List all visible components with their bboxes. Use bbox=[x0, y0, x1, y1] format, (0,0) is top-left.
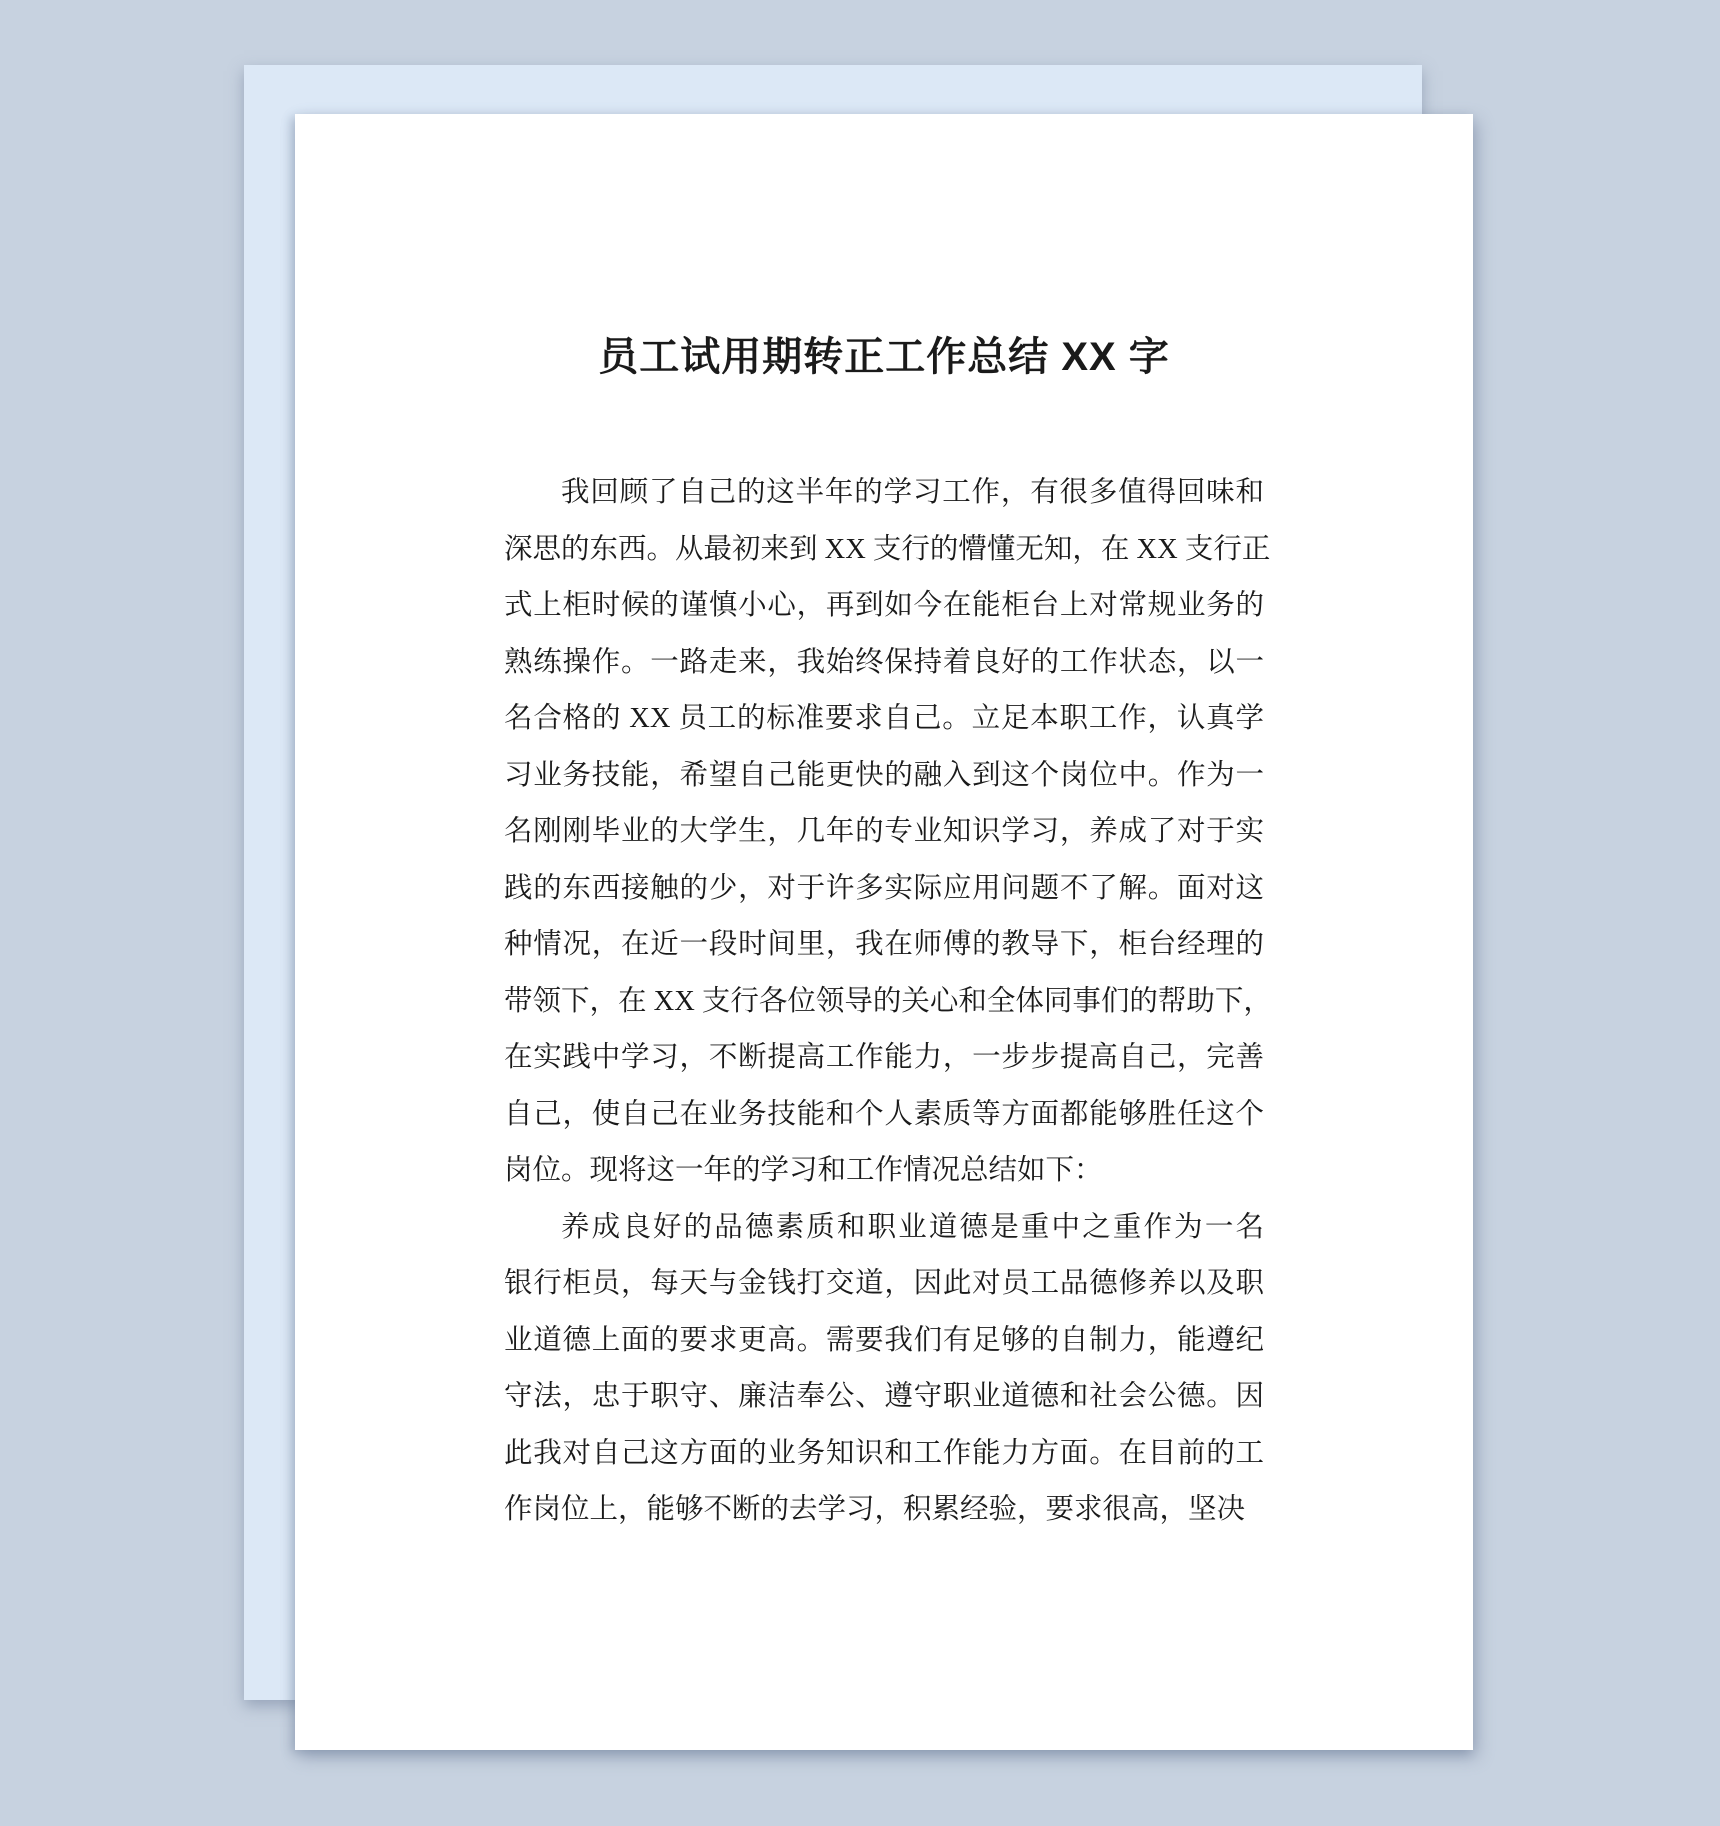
text-line: 深思的东西。从最初来到 XX 支行的懵懂无知，在 XX 支行正 bbox=[504, 522, 1264, 579]
text-line: 岗位。现将这一年的学习和工作情况总结如下： bbox=[504, 1143, 1264, 1200]
text-line: 名合格的 XX 员工的标准要求自己。立足本职工作，认真学 bbox=[504, 691, 1264, 748]
text-line: 种情况，在近一段时间里，我在师傅的教导下，柜台经理的 bbox=[504, 917, 1264, 974]
text-line: 习业务技能，希望自己能更快的融入到这个岗位中。作为一 bbox=[504, 748, 1264, 805]
document-body: 我回顾了自己的这半年的学习工作，有很多值得回味和深思的东西。从最初来到 XX 支… bbox=[504, 465, 1264, 1539]
paragraph: 我回顾了自己的这半年的学习工作，有很多值得回味和深思的东西。从最初来到 XX 支… bbox=[504, 465, 1264, 1200]
paragraph: 养成良好的品德素质和职业道德是重中之重作为一名银行柜员，每天与金钱打交道，因此对… bbox=[504, 1200, 1264, 1539]
document-page: 员工试用期转正工作总结 XX 字 我回顾了自己的这半年的学习工作，有很多值得回味… bbox=[295, 114, 1473, 1750]
text-line: 式上柜时候的谨慎小心，再到如今在能柜台上对常规业务的 bbox=[504, 578, 1264, 635]
text-line: 熟练操作。一路走来，我始终保持着良好的工作状态，以一 bbox=[504, 635, 1264, 692]
text-line: 银行柜员，每天与金钱打交道，因此对员工品德修养以及职 bbox=[504, 1256, 1264, 1313]
text-line: 守法，忠于职守、廉洁奉公、遵守职业道德和社会公德。因 bbox=[504, 1369, 1264, 1426]
text-line: 自己，使自己在业务技能和个人素质等方面都能够胜任这个 bbox=[504, 1087, 1264, 1144]
text-line: 养成良好的品德素质和职业道德是重中之重作为一名 bbox=[504, 1200, 1264, 1257]
text-line: 践的东西接触的少，对于许多实际应用问题不了解。面对这 bbox=[504, 861, 1264, 918]
text-line: 业道德上面的要求更高。需要我们有足够的自制力，能遵纪 bbox=[504, 1313, 1264, 1370]
text-line: 名刚刚毕业的大学生，几年的专业知识学习，养成了对于实 bbox=[504, 804, 1264, 861]
text-line: 带领下，在 XX 支行各位领导的关心和全体同事们的帮助下， bbox=[504, 974, 1264, 1031]
document-title: 员工试用期转正工作总结 XX 字 bbox=[295, 114, 1473, 378]
text-line: 此我对自己这方面的业务知识和工作能力方面。在目前的工 bbox=[504, 1426, 1264, 1483]
background: 员工试用期转正工作总结 XX 字 我回顾了自己的这半年的学习工作，有很多值得回味… bbox=[0, 0, 1720, 1826]
text-line: 作岗位上，能够不断的去学习，积累经验，要求很高，坚决 bbox=[504, 1482, 1264, 1539]
text-line: 我回顾了自己的这半年的学习工作，有很多值得回味和 bbox=[504, 465, 1264, 522]
text-line: 在实践中学习，不断提高工作能力，一步步提高自己，完善 bbox=[504, 1030, 1264, 1087]
